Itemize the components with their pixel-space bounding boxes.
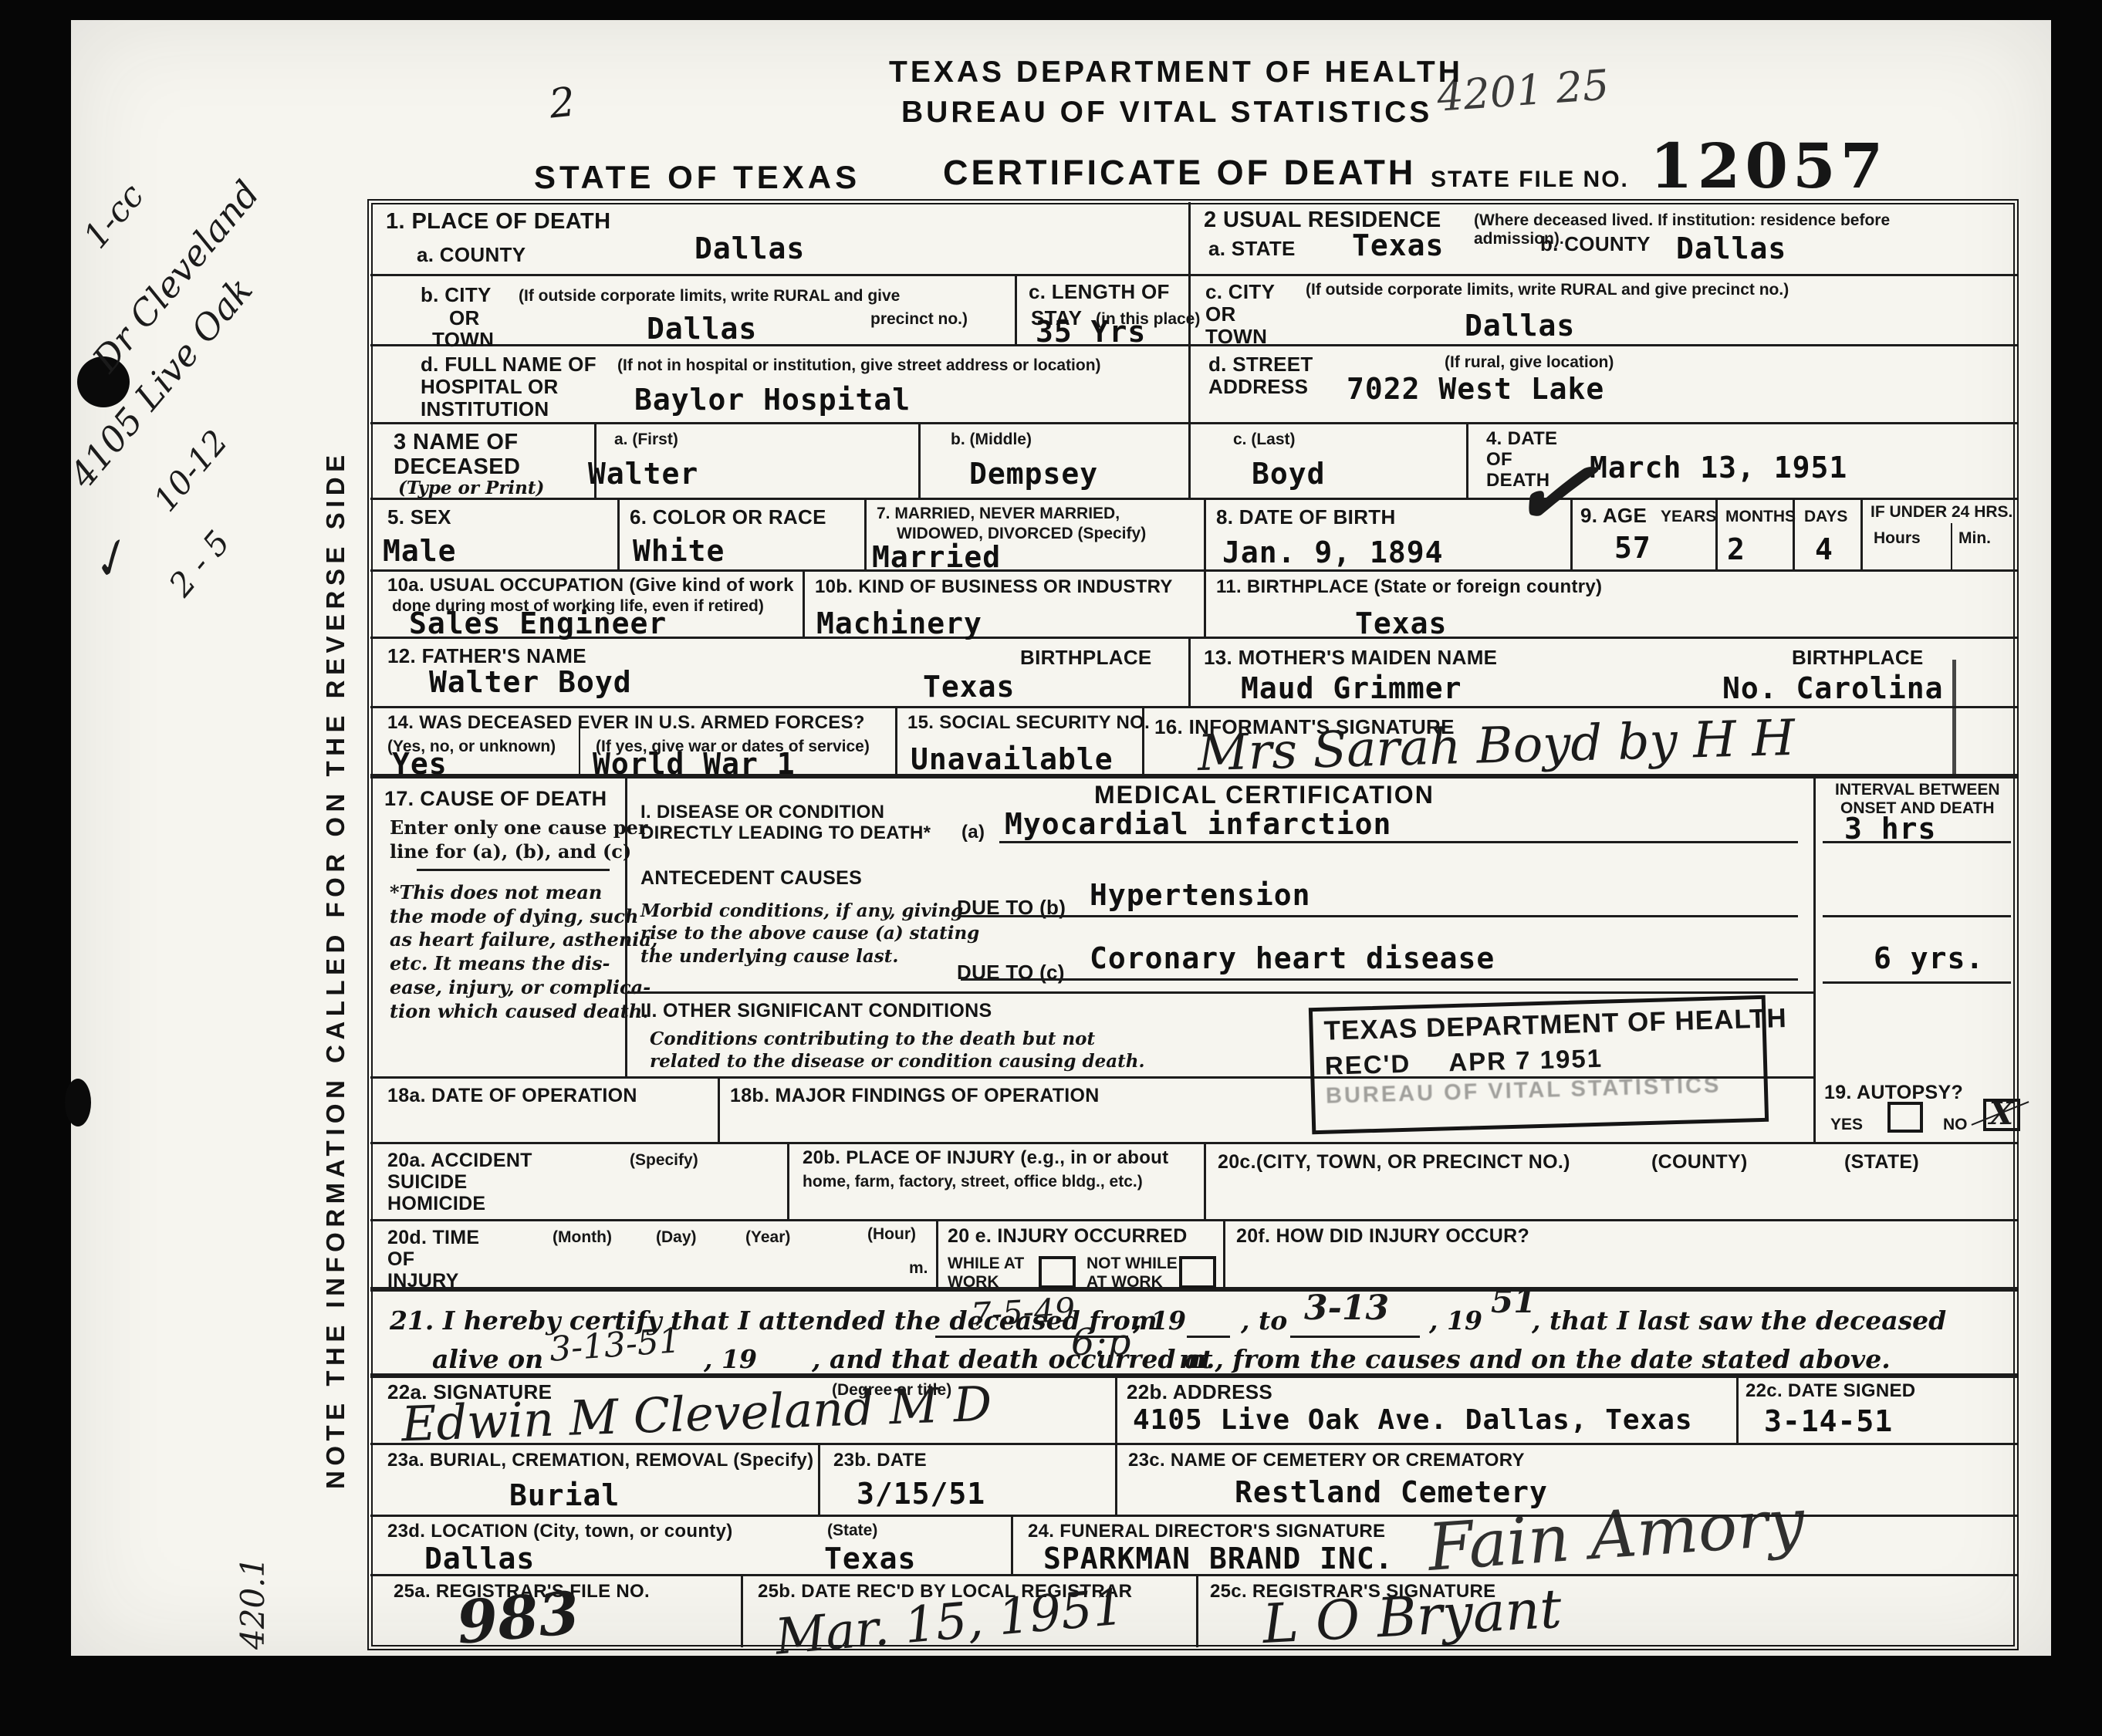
age-months-label: MONTHS <box>1725 508 1796 526</box>
certify-text-3: , to <box>1241 1305 1287 1336</box>
grid-line <box>1951 523 1952 569</box>
not-while-at-work-checkbox <box>1179 1256 1216 1288</box>
age-years-label: YEARS <box>1661 508 1716 526</box>
age-years-value: 57 <box>1614 531 1651 565</box>
age-under24-label: IF UNDER 24 HRS. <box>1871 503 2017 522</box>
age-label: 9. AGE <box>1580 505 1647 527</box>
place-of-injury-note: home, farm, factory, street, office bldg… <box>803 1173 1143 1191</box>
cause-b-underline <box>961 915 1798 917</box>
father-birthplace-label: BIRTHPLACE <box>1020 647 1152 669</box>
armed-forces-value: Yes <box>392 747 448 781</box>
ink-blot <box>65 1079 91 1126</box>
sex-value: Male <box>383 534 457 568</box>
armed-forces-label: 14. WAS DECEASED EVER IN U.S. ARMED FORC… <box>387 713 865 734</box>
grid-line <box>417 869 610 871</box>
last-name-label: c. (Last) <box>1233 431 1296 449</box>
fill-line <box>1051 1374 1168 1376</box>
burial-value: Burial <box>509 1478 620 1512</box>
burial-date-value: 3/15/51 <box>857 1477 985 1511</box>
occupation-label: 10a. USUAL OCCUPATION (Give kind of work <box>387 576 794 596</box>
state-file-number: 12057 <box>1650 130 1887 202</box>
city-note-2: precinct no.) <box>870 310 968 329</box>
birthplace-value: Texas <box>1355 606 1447 640</box>
cause-a-value: Myocardial infarction <box>1005 807 1391 841</box>
grid-line <box>718 1076 720 1142</box>
cause-note-1: Enter only one cause per line for (a), (… <box>390 816 648 863</box>
certify-text-4: , 19 <box>1429 1305 1482 1336</box>
injury-day-label: (Day) <box>656 1228 697 1247</box>
length-of-stay-value: 35 Yrs <box>1036 315 1146 349</box>
how-injury-occurred-label: 20f. HOW DID INJURY OCCUR? <box>1236 1225 1529 1247</box>
other-conditions-note: Conditions contributing to the death but… <box>650 1028 1144 1073</box>
grid-line <box>1823 981 2011 984</box>
grid-line <box>370 569 2017 572</box>
date-of-birth-value: Jan. 9, 1894 <box>1222 535 1444 569</box>
birthplace-label: 11. BIRTHPLACE (State or foreign country… <box>1216 577 1602 598</box>
grid-line <box>1204 1142 1206 1219</box>
header-bureau: BUREAU OF VITAL STATISTICS <box>901 96 1432 130</box>
grid-line <box>1813 775 1816 1142</box>
grid-line <box>1860 498 1863 569</box>
grid-line <box>1015 274 1017 344</box>
burial-label: 23a. BURIAL, CREMATION, REMOVAL (Specify… <box>387 1451 813 1471</box>
grid-line <box>370 1219 2017 1221</box>
certify-text-8: , and that death occurred at <box>812 1344 1213 1374</box>
residence-city-value: Dallas <box>1465 309 1575 343</box>
disease-condition-label: I. DISEASE OR CONDITION DIRECTLY LEADING… <box>640 802 931 844</box>
grid-line <box>370 274 2017 276</box>
grid-line <box>1196 1574 1198 1647</box>
age-days-label: DAYS <box>1804 508 1847 526</box>
header-handwritten-2: 2 <box>547 79 577 127</box>
certify-text-6: alive on <box>432 1344 543 1374</box>
injury-hour-label: (Hour) <box>867 1225 916 1244</box>
city-label-or: OR <box>449 307 480 329</box>
first-name-value: Walter <box>588 457 698 491</box>
other-conditions-label: II. OTHER SIGNIFICANT CONDITIONS <box>640 1000 992 1022</box>
hospital-note: (If not in hospital or institution, give… <box>617 356 1101 375</box>
burial-date-label: 23b. DATE <box>833 1451 927 1471</box>
attended-from-date: 7-5-49 <box>970 1290 1076 1333</box>
place-of-injury-label: 20b. PLACE OF INJURY (e.g., in or about <box>803 1148 1168 1169</box>
cemetery-label: 23c. NAME OF CEMETERY OR CREMATORY <box>1128 1451 1525 1471</box>
injury-state-label: (STATE) <box>1844 1151 1919 1173</box>
grid-line <box>370 422 2017 424</box>
age-min-label: Min. <box>1958 529 1991 548</box>
received-stamp: TEXAS DEPARTMENT OF HEALTH REC'D APR 7 1… <box>1309 995 1769 1134</box>
registrar-file-no-value: 983 <box>454 1578 582 1657</box>
residence-city-label: c. CITY OR TOWN <box>1205 281 1275 348</box>
injury-year-label: (Year) <box>745 1228 790 1247</box>
accident-suicide-homicide-label: 20a. ACCIDENT SUICIDE HOMICIDE <box>387 1150 532 1214</box>
middle-name-value: Dempsey <box>969 457 1098 491</box>
time-of-injury-label: 20d. TIME OF INJURY <box>387 1227 479 1292</box>
burial-state-label: (State) <box>827 1522 877 1540</box>
autopsy-label: 19. AUTOPSY? <box>1824 1082 1963 1103</box>
burial-location-label: 23d. LOCATION (City, town, or county) <box>387 1522 733 1542</box>
occupation-value: Sales Engineer <box>409 606 667 640</box>
marital-value: Married <box>872 540 1001 574</box>
physician-address-label: 22b. ADDRESS <box>1127 1381 1272 1403</box>
type-or-print-note: (Type or Print) <box>398 477 544 499</box>
grid-line <box>1466 422 1468 498</box>
last-name-value: Boyd <box>1252 457 1326 491</box>
cause-of-death-label: 17. CAUSE OF DEATH <box>384 787 607 810</box>
autopsy-yes-label: YES <box>1830 1116 1863 1134</box>
residence-state-value: Texas <box>1352 228 1444 262</box>
residence-city-note: (If outside corporate limits, write RURA… <box>1306 281 1789 299</box>
sex-label: 5. SEX <box>387 506 451 529</box>
ssn-value: Unavailable <box>911 742 1114 776</box>
street-address-note: (If rural, give location) <box>1445 353 1614 372</box>
ssn-label: 15. SOCIAL SECURITY NO. <box>907 713 1150 734</box>
fill-line <box>532 1374 696 1376</box>
residence-county-label: b. COUNTY <box>1540 233 1651 255</box>
county-label: a. COUNTY <box>417 244 525 266</box>
injury-city-label: 20c.(CITY, TOWN, OR PRECINCT NO.) <box>1218 1151 1570 1173</box>
injury-county-label: (COUNTY) <box>1651 1151 1748 1173</box>
grid-line <box>918 422 921 498</box>
first-name-label: a. (First) <box>614 431 678 449</box>
grid-line <box>1204 498 1206 569</box>
age-months-value: 2 <box>1727 532 1745 566</box>
certify-text-9: m., from the causes and on the date stat… <box>1179 1344 1891 1374</box>
grid-line <box>1823 915 2011 917</box>
grid-line <box>625 991 1813 994</box>
grid-line <box>617 498 620 569</box>
hospital-value: Baylor Hospital <box>634 383 911 417</box>
due-to-b-value: Hypertension <box>1090 878 1311 912</box>
date-signed-value: 3-14-51 <box>1764 1404 1893 1438</box>
fill-line <box>758 1374 801 1376</box>
antecedent-causes-label: ANTECEDENT CAUSES <box>640 867 862 889</box>
cause-c-underline <box>961 978 1798 981</box>
major-findings-label: 18b. MAJOR FINDINGS OF OPERATION <box>730 1085 1100 1106</box>
medical-certification-title: MEDICAL CERTIFICATION <box>1094 781 1435 809</box>
injury-month-label: (Month) <box>553 1228 612 1247</box>
length-of-stay-label: c. LENGTH OF <box>1029 281 1170 303</box>
grid-line <box>370 1142 2017 1144</box>
burial-city-value: Dallas <box>424 1542 535 1576</box>
certify-text-7: , 19 <box>704 1344 757 1374</box>
header-certificate-title: CERTIFICATE OF DEATH <box>943 153 1416 193</box>
grid-line <box>864 498 867 569</box>
attended-to-year: 51 <box>1491 1282 1536 1320</box>
industry-value: Machinery <box>816 606 982 640</box>
stamp-recd-label: REC'D <box>1324 1049 1411 1080</box>
grid-line <box>803 569 805 637</box>
residence-state-label: a. STATE <box>1208 238 1296 260</box>
father-name-value: Walter Boyd <box>429 665 632 699</box>
mother-birthplace-value: No. Carolina <box>1722 671 1944 705</box>
city-label: b. CITY <box>421 284 492 306</box>
grid-line <box>1204 569 1206 637</box>
state-file-no-label: STATE FILE NO. <box>1431 167 1629 193</box>
grid-line <box>370 706 2017 708</box>
race-label: 6. COLOR OR RACE <box>630 506 826 529</box>
accident-specify-note: (Specify) <box>630 1151 698 1170</box>
stamp-agency: TEXAS DEPARTMENT OF HEALTH <box>1323 1004 1752 1046</box>
grid-line <box>1188 637 1191 706</box>
city-label-town: TOWN <box>432 329 494 351</box>
mother-birthplace-label: BIRTHPLACE <box>1792 647 1924 669</box>
grid-line <box>818 1443 820 1515</box>
while-at-work-label: WHILE AT WORK <box>948 1255 1024 1292</box>
grid-line <box>787 1142 789 1219</box>
name-of-deceased-label: 3 NAME OF DECEASED <box>394 431 520 480</box>
race-value: White <box>633 534 725 568</box>
burial-state-value: Texas <box>824 1542 916 1576</box>
certify-text-2: , 19 <box>1133 1305 1186 1336</box>
header-state-of-texas: STATE OF TEXAS <box>534 159 860 196</box>
autopsy-no-mark: X <box>1989 1096 2013 1132</box>
age-hours-label: Hours <box>1874 529 1921 548</box>
header-department: TEXAS DEPARTMENT OF HEALTH <box>889 56 1463 90</box>
grid-line <box>1115 1373 1117 1443</box>
father-birthplace-value: Texas <box>923 670 1015 704</box>
death-time-value: 6:p <box>1071 1321 1130 1364</box>
reverse-side-note: NOTE THE INFORMATION CALLED FOR ON THE R… <box>321 324 350 1489</box>
grid-line <box>370 344 2017 346</box>
father-name-label: 12. FATHER'S NAME <box>387 645 586 667</box>
injury-m-label: m. <box>909 1259 928 1278</box>
grid-line <box>1115 1443 1117 1515</box>
certify-text-5: , that I last saw the deceased <box>1532 1305 1946 1336</box>
attended-to-date: 3-13 <box>1304 1288 1389 1328</box>
fill-line <box>1290 1336 1420 1338</box>
mother-name-label: 13. MOTHER'S MAIDEN NAME <box>1204 647 1497 669</box>
funeral-home-value: SPARKMAN BRAND INC. <box>1043 1542 1394 1576</box>
margin-file-code: 420.1 <box>234 1464 272 1650</box>
armed-forces-war-value: World War 1 <box>593 747 796 781</box>
fill-line <box>1187 1336 1230 1338</box>
grid-line <box>936 1219 938 1287</box>
due-to-c-value: Coronary heart disease <box>1090 941 1495 975</box>
handwritten-check-mark: ✓ <box>1503 427 1603 556</box>
cause-a-underline <box>999 841 1798 843</box>
cause-note-2: *This does not mean the mode of dying, s… <box>390 881 657 1023</box>
grid-line <box>741 1574 743 1647</box>
while-at-work-checkbox <box>1039 1256 1076 1288</box>
hospital-label: d. FULL NAME OF HOSPITAL OR INSTITUTION <box>421 353 596 420</box>
date-of-operation-label: 18a. DATE OF OPERATION <box>387 1085 637 1106</box>
date-of-birth-label: 8. DATE OF BIRTH <box>1216 506 1396 529</box>
grid-line <box>1823 841 2011 843</box>
stamp-date: APR 7 1951 <box>1448 1044 1604 1077</box>
autopsy-yes-checkbox <box>1887 1102 1923 1133</box>
interval-c-value: 6 yrs. <box>1874 941 1984 975</box>
mother-name-value: Maud Grimmer <box>1241 671 1462 705</box>
date-of-death-value: March 13, 1951 <box>1590 451 1847 485</box>
grid-line <box>1011 1515 1013 1574</box>
street-address-label: d. STREET ADDRESS <box>1208 353 1313 398</box>
funeral-director-label: 24. FUNERAL DIRECTOR'S SIGNATURE <box>1028 1522 1385 1542</box>
residence-county-value: Dallas <box>1676 231 1786 265</box>
physician-address-value: 4105 Live Oak Ave. Dallas, Texas <box>1133 1404 1693 1436</box>
date-signed-label: 22c. DATE SIGNED <box>1745 1381 1915 1402</box>
middle-name-label: b. (Middle) <box>951 431 1032 449</box>
county-value: Dallas <box>694 231 805 265</box>
place-of-death-title: 1. PLACE OF DEATH <box>386 210 610 235</box>
city-value: Dallas <box>647 312 757 346</box>
marital-label: 7. MARRIED, NEVER MARRIED, <box>877 505 1120 523</box>
street-address-value: 7022 West Lake <box>1347 372 1604 406</box>
industry-label: 10b. KIND OF BUSINESS OR INDUSTRY <box>815 577 1173 598</box>
autopsy-no-label: NO <box>1943 1116 1968 1134</box>
grid-line <box>1736 1373 1739 1443</box>
antecedent-note: Morbid conditions, if any, giving rise t… <box>640 900 979 968</box>
grid-line <box>1188 202 1191 498</box>
city-note: (If outside corporate limits, write RURA… <box>519 287 900 306</box>
grid-line <box>895 706 897 774</box>
cause-a-label: (a) <box>961 822 985 843</box>
not-while-at-work-label: NOT WHILE AT WORK <box>1086 1255 1178 1292</box>
grid-line <box>1223 1219 1225 1287</box>
age-days-value: 4 <box>1815 532 1833 566</box>
injury-occurred-label: 20 e. INJURY OCCURRED <box>948 1225 1188 1247</box>
